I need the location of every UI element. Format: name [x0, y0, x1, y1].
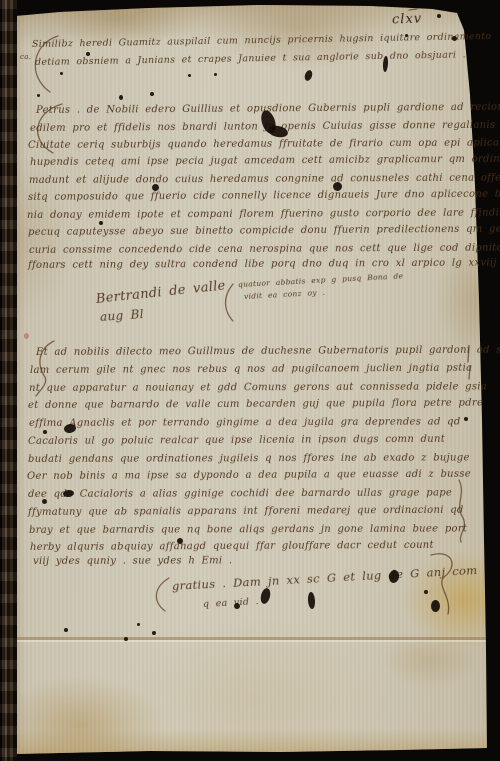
ink-blot: [63, 423, 76, 434]
ink-blot: [43, 430, 47, 434]
ink-blot: [177, 538, 183, 544]
ink-blot: [42, 499, 47, 504]
ink-blot: [137, 623, 140, 626]
ink-blot: [437, 14, 441, 18]
ink-blot: [452, 36, 457, 41]
manuscript-photo: clxv ca.Similibz heredi Guamitz auspilai…: [0, 0, 500, 761]
ink-blot: [86, 52, 90, 56]
ink-blot: [119, 95, 123, 100]
ink-blot: [388, 569, 400, 584]
ink-blot: [464, 417, 468, 421]
ink-blot: [152, 184, 159, 191]
ink-blot: [150, 92, 154, 96]
ink-blot: [267, 124, 289, 139]
ink-blot: [431, 600, 440, 612]
ink-blot: [405, 34, 408, 37]
ink-blot: [152, 631, 156, 635]
ink-blot: [37, 94, 40, 97]
ink-blot: [234, 603, 240, 609]
ink-blot: [424, 590, 428, 594]
ink-blot: [24, 333, 29, 339]
ink-blot: [214, 73, 217, 76]
ink-blot-layer: [0, 0, 500, 761]
ink-blot: [382, 56, 388, 72]
ink-blot: [63, 489, 75, 497]
ink-blot: [188, 74, 191, 77]
ink-blot: [307, 592, 315, 609]
ink-blot: [60, 72, 63, 75]
ink-blot: [64, 628, 68, 632]
ink-blot: [303, 69, 313, 82]
ink-blot: [333, 182, 342, 191]
ink-blot: [124, 637, 128, 641]
book-binding-edge: [0, 0, 17, 761]
ink-blot: [259, 587, 272, 605]
ink-blot: [99, 221, 103, 225]
